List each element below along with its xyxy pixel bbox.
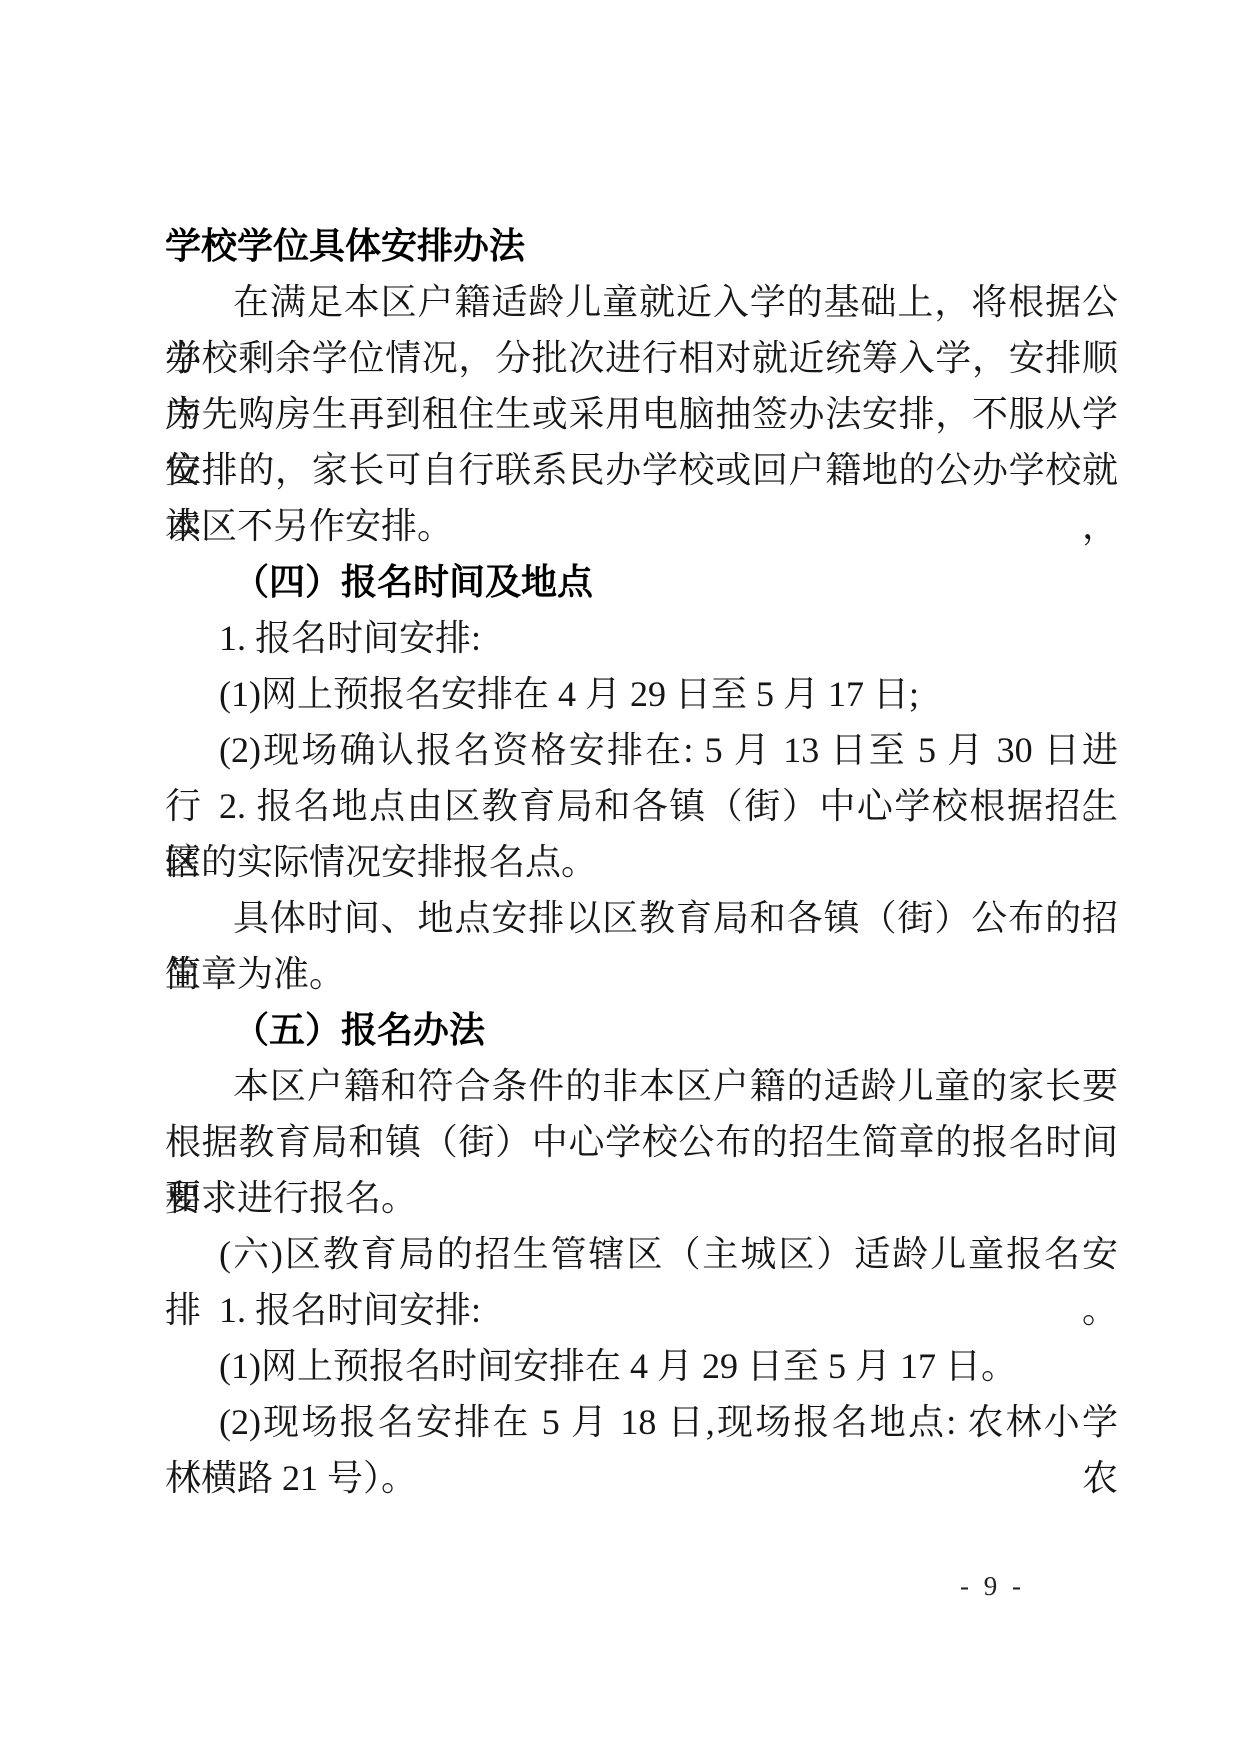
list-item: (1)网上预报名时间安排在 4 月 29 日至 5 月 17 日。 (165, 1338, 1118, 1394)
paragraph-line: 简章为准。 (165, 946, 1118, 1002)
list-item: (2)现场确认报名资格安排在: 5 月 13 日至 5 月 30 日进行。 (165, 722, 1118, 778)
paragraph-line: 本区户籍和符合条件的非本区户籍的适龄儿童的家长要 (165, 1058, 1118, 1114)
document-page: 学校学位具体安排办法 在满足本区户籍适龄儿童就近入学的基础上，将根据公办 学校剩… (0, 0, 1240, 1754)
section-heading: （五）报名办法 (165, 1002, 1118, 1058)
paragraph-line: 要求进行报名。 (165, 1170, 1118, 1226)
paragraph-line: 在满足本区户籍适龄儿童就近入学的基础上，将根据公办 (165, 274, 1118, 330)
page-number: - 9 - (945, 1566, 1040, 1606)
list-item: 2. 报名地点由区教育局和各镇（街）中心学校根据招生辖 (165, 778, 1118, 834)
section-heading: （四）报名时间及地点 (165, 554, 1118, 610)
paragraph-line: 根据教育局和镇（街）中心学校公布的招生简章的报名时间和 (165, 1114, 1118, 1170)
paragraph-line: 具体时间、地点安排以区教育局和各镇（街）公布的招生 (165, 890, 1118, 946)
list-item: (1)网上预报名安排在 4 月 29 日至 5 月 17 日; (165, 666, 1118, 722)
document-body: 学校学位具体安排办法 在满足本区户籍适龄儿童就近入学的基础上，将根据公办 学校剩… (165, 218, 1118, 1506)
paragraph-line: 区的实际情况安排报名点。 (165, 834, 1118, 890)
list-item: 1. 报名时间安排: (165, 610, 1118, 666)
paragraph-line: 学校剩余学位情况，分批次进行相对就近统筹入学，安排顺序 (165, 330, 1118, 386)
section-heading: 学校学位具体安排办法 (165, 218, 1118, 274)
paragraph-line: 安排的，家长可自行联系民办学校或回户籍地的公办学校就读， (165, 442, 1118, 498)
paragraph-line: 为先购房生再到租住生或采用电脑抽签办法安排，不服从学位 (165, 386, 1118, 442)
list-item: (2)现场报名安排在 5 月 18 日,现场报名地点: 农林小学（农 (165, 1394, 1118, 1450)
list-item: (六)区教育局的招生管辖区（主城区）适龄儿童报名安排。 (165, 1226, 1118, 1282)
